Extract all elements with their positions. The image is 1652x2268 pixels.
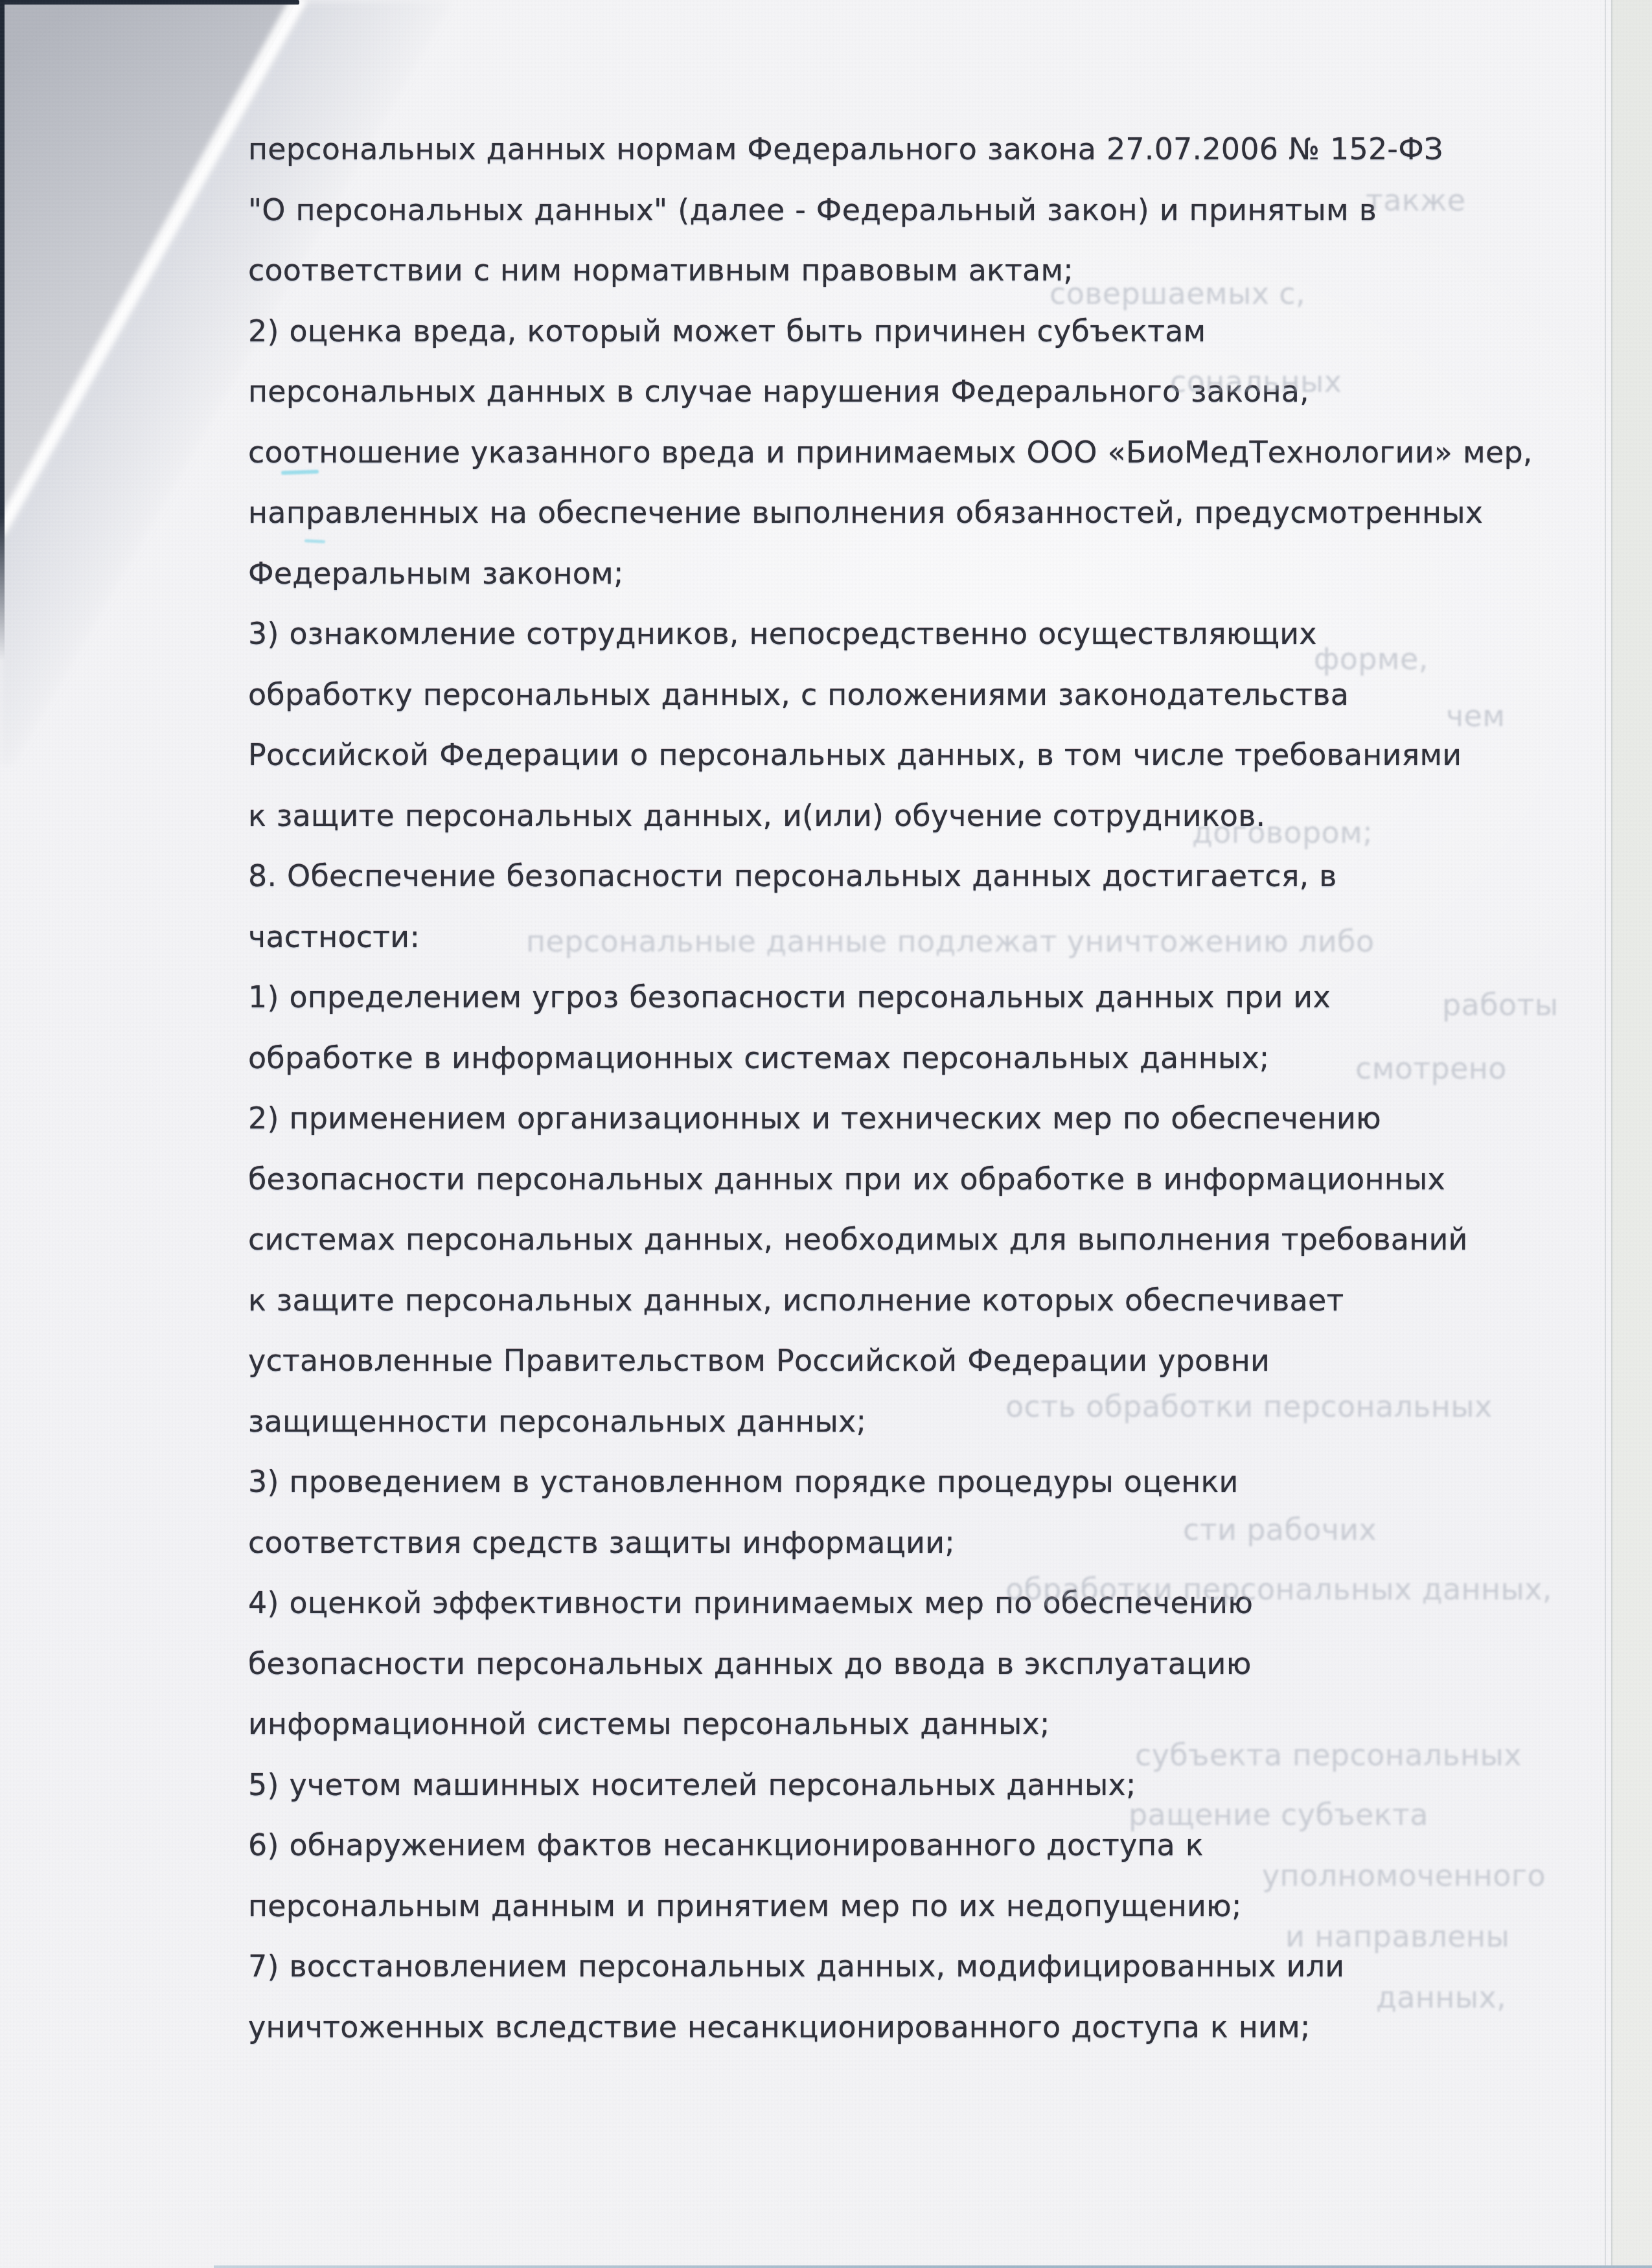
paper-right-edge-line (1605, 0, 1606, 2268)
text-line: безопасности персональных данных до ввод… (248, 1634, 1533, 1695)
text-line: персональным данным и принятием мер по и… (248, 1876, 1533, 1937)
text-line: Российской Федерации о персональных данн… (248, 725, 1533, 786)
text-line: 1) определением угроз безопасности персо… (248, 967, 1533, 1028)
text-line: установленные Правительством Российской … (248, 1331, 1533, 1392)
text-line: соответствия средств защиты информации; (248, 1513, 1533, 1574)
text-line: "О персональных данных" (далее - Федерал… (248, 180, 1533, 241)
text-line: частности: (248, 907, 1533, 968)
scan-left-edge (0, 0, 5, 661)
scan-top-edge (0, 0, 299, 5)
text-line: 3) проведением в установленном порядке п… (248, 1452, 1533, 1513)
text-line: соответствии с ним нормативным правовым … (248, 240, 1533, 301)
text-line: 6) обнаружением фактов несанкционированн… (248, 1815, 1533, 1876)
text-line: персональных данных в случае нарушения Ф… (248, 361, 1533, 422)
text-line: уничтоженных вследствие несанкционирован… (248, 1997, 1533, 2058)
text-line: обработку персональных данных, с положен… (248, 665, 1533, 726)
text-line: персональных данных нормам Федерального … (248, 119, 1533, 180)
text-line: обработке в информационных системах перс… (248, 1028, 1533, 1089)
text-line: Федеральным законом; (248, 544, 1533, 604)
text-line: системах персональных данных, необходимы… (248, 1209, 1533, 1270)
text-line: безопасности персональных данных при их … (248, 1149, 1533, 1210)
text-line: информационной системы персональных данн… (248, 1694, 1533, 1755)
text-line: 7) восстановлением персональных данных, … (248, 1936, 1533, 1997)
text-line: 3) ознакомление сотрудников, непосредств… (248, 604, 1533, 665)
text-line: соотношение указанного вреда и принимаем… (248, 422, 1533, 483)
scanner-background-right-band (1612, 0, 1652, 2268)
text-line: защищенности персональных данных; (248, 1392, 1533, 1452)
text-line: направленных на обеспечение выполнения о… (248, 483, 1533, 544)
text-line: 5) учетом машинных носителей персональны… (248, 1755, 1533, 1816)
text-line: к защите персональных данных, исполнение… (248, 1270, 1533, 1331)
text-line: 2) применением организационных и техниче… (248, 1088, 1533, 1149)
document-text: персональных данных нормам Федерального … (248, 119, 1533, 2057)
text-line: к защите персональных данных, и(или) обу… (248, 786, 1533, 847)
text-line: 8. Обеспечение безопасности персональных… (248, 846, 1533, 907)
scanned-document-page: персональных данных нормам Федерального … (0, 0, 1652, 2268)
text-line: 4) оценкой эффективности принимаемых мер… (248, 1573, 1533, 1634)
text-line: 2) оценка вреда, который может быть прич… (248, 301, 1533, 362)
scan-bottom-edge-line (214, 2265, 1652, 2268)
